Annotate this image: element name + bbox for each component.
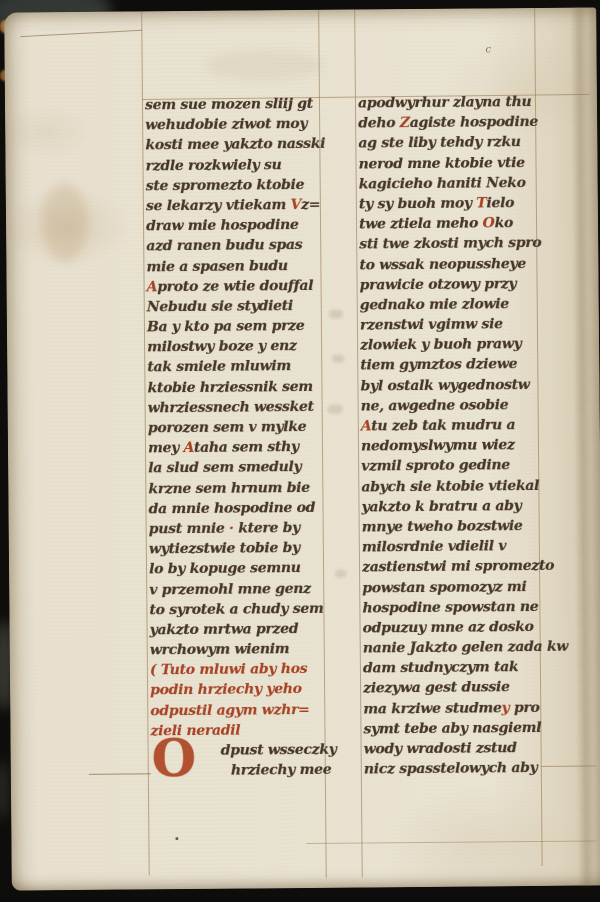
manuscript-text-line: prawicie otzowy przy [359,274,535,296]
ink-text-segment: ielo [486,195,514,211]
ink-text-segment: ko [494,215,513,231]
ink-text-segment: la slud sem smeduly [148,459,301,476]
rubric-text-segment: O [483,215,495,231]
ink-text-segment: yakzto mrtwa przed [150,621,299,638]
ink-text-segment: ste spromezto ktobie [146,177,305,194]
ink-text-segment: kagicieho haniti Neko [359,175,526,192]
manuscript-text-line: yakzto k bratru a aby [361,496,537,518]
ink-text-segment: agiste hospodine [410,114,538,131]
ink-text-segment: prawicie otzowy przy [360,276,517,293]
manuscript-text-line: milosrdnie vdielil v [362,536,538,558]
ink-text-segment: byl ostalk wygednostw [360,377,529,394]
rubricated-initial: O [151,734,196,784]
manuscript-text-line: deho Zagiste hospodine [358,112,534,134]
ink-text-segment: gednako mie zlowie [360,296,509,313]
ink-text-segment: ziezywa gest dussie [363,680,510,697]
manuscript-text-line: v przemohl mne genz [149,578,325,600]
ink-text-segment: hospodine spowstan ne [362,599,538,617]
ink-text-segment: milosrdnie vdielil v [362,538,506,555]
ink-text-segment: tak smiele mluwim [147,359,291,376]
bleed-through-mark [328,405,343,414]
manuscript-text-line: zastienstwi mi spromezto [362,556,538,578]
manuscript-text-line: wody wradosti zstud [364,738,540,760]
ink-text-segment: yakzto k bratru a aby [361,498,521,515]
manuscript-text-line: sti twe zkosti mych spro [359,233,535,255]
ink-text-segment: mie a spasen budu [146,258,287,275]
manuscript-text-line: nanie Jakzto gelen zada kw [363,637,539,659]
ink-text-segment: tu zeb tak mudru a [371,417,515,434]
rubric-text-segment: A [147,279,158,295]
ink-text-segment: mnye tweho bozstwie [362,518,523,535]
manuscript-text-line: wehudobie ziwot moy [145,114,321,136]
ink-text-segment: krzne sem hrnum bie [148,480,310,497]
manuscript-text-line: zlowiek y buoh prawy [360,334,536,356]
manuscript-text-line: ty sy buoh moy Tielo [359,193,535,215]
rubric-text-segment: Z [400,115,410,131]
manuscript-text-line: to wssak neopussheye [359,253,535,275]
ink-text-segment: draw mie hospodine [146,217,299,234]
ink-text-segment: rzdle rozkwiely su [145,157,281,174]
ink-text-segment: abych sie ktobie vtiekal [361,478,539,496]
manuscript-text-line: dam studnyczym tak [363,657,539,679]
manuscript-text-line: milostwy boze y enz [147,336,323,358]
manuscript-text-line: azd ranen budu spas [146,235,322,257]
manuscript-text-line: apodwyrhur zlayna thu [358,92,534,114]
manuscript-text-line: tak smiele mluwim [147,356,323,378]
ink-text-segment: ne, awgedne osobie [361,397,509,414]
manuscript-text-line: Aproto ze wtie douffal [146,276,322,298]
bleed-through-mark [332,355,344,363]
ink-text-segment: zastienstwi mi spromezto [362,558,554,576]
ink-text-segment: Nebudu sie stydieti [147,298,293,315]
manuscript-text-line: mey Ataha sem sthy [148,437,324,459]
manuscript-text-line: vzmil sproto gedine [361,455,537,477]
ink-dot [175,837,178,840]
ink-text-segment: apodwyrhur zlayna thu [358,94,531,112]
manuscript-text-line: mie a spasen budu [146,255,322,277]
manuscript-text-line: nicz spasstelowych aby [364,758,540,780]
ink-text-segment: vzmil sproto gedine [361,458,510,475]
ink-text-segment: ktere by [233,520,299,537]
manuscript-text-line: nerod mne ktobie vtie [358,153,534,175]
manuscript-text-line: Ba y kto pa sem prze [147,316,323,338]
rubric-text-segment: odpustil agym wzhr= [150,702,309,719]
manuscript-text-line: gednako mie zlowie [360,294,536,316]
manuscript-text-line: kagicieho haniti Neko [359,173,535,195]
manuscript-text-line: rzdle rozkwiely su [145,154,321,176]
manuscript-text-line: yakzto mrtwa przed [149,619,325,641]
rubric-text-segment: T [476,195,486,211]
manuscript-text-line: lo by kopuge semnu [149,558,325,580]
manuscript-text-line: podin hrziechy yeho [150,679,326,701]
ink-text-segment: porozen sem v mylke [148,419,307,436]
ink-text-segment: hrziechy mee [231,762,332,779]
manuscript-text-line: se lekarzy vtiekam Vz= [146,195,322,217]
ink-text-segment: lo by kopuge semnu [149,560,301,577]
ink-text-segment: powstan spomozyz mi [362,579,526,596]
manuscript-text-line: odpuzuy mne az dosko [362,617,538,639]
manuscript-text-line: rzenstwi vgimw sie [360,314,536,336]
ink-text-segment: sti twe zkosti mych spro [359,235,541,253]
ink-text-segment: wody wradosti zstud [364,740,517,757]
manuscript-text-line: Nebudu sie stydieti [147,296,323,318]
manuscript-text-line: ne, awgedne osobie [361,395,537,417]
manuscript-text-line: sem sue mozen sliij gt [145,94,321,116]
ink-text-segment: milostwy boze y enz [147,338,297,355]
rubric-text-segment: podin hrziechy yeho [150,681,302,698]
manuscript-text-line: ktobie hrziessnik sem [147,376,323,398]
ink-text-segment: pro [509,700,539,716]
manuscript-text-line: krzne sem hrnum bie [148,477,324,499]
manuscript-text-line: draw mie hospodine [146,215,322,237]
ink-text-segment: nedomyslwymu wiez [361,437,515,454]
ink-text-segment: rzenstwi vgimw sie [360,316,503,333]
rubric-text-segment: y [501,700,509,716]
manuscript-text-line: powstan spomozyz mi [362,576,538,598]
manuscript-text-line: ziezywa gest dussie [363,677,539,699]
manuscript-text-line: twe ztiela meho Oko [359,213,535,235]
ink-text-segment: twe ztiela meho [359,216,483,233]
rubric-text-segment: ( Tuto mluwi aby hos [150,661,307,678]
ink-text-segment: wehudobie ziwot moy [145,116,307,133]
rubric-text-segment: A [183,440,193,456]
ink-text-segment: z= [301,197,320,213]
manuscript-text-line: nedomyslwymu wiez [361,435,537,457]
text-column-right: apodwyrhur zlayna thudeho Zagiste hospod… [358,92,540,780]
ink-text-segment: ma krziwe studme [363,700,501,717]
ink-text-segment: da mnie hospodine od [148,500,315,517]
ink-text-segment: ktobie hrziessnik sem [147,379,312,396]
ink-text-segment: whrziessnech wessket [148,399,314,416]
ink-text-segment: zlowiek y buoh prawy [360,336,521,353]
manuscript-text-line: mnye tweho bozstwie [362,516,538,538]
backdrop-smudge [0,760,9,820]
manuscript-page: sem sue mozen sliij gtwehudobie ziwot mo… [4,7,600,890]
ink-text-segment: nerod mne ktobie vtie [358,155,524,172]
manuscript-text-line: porozen sem v mylke [148,417,324,439]
bleed-through-mark [335,570,346,578]
manuscript-text-line: Atu zeb tak mudru a [361,415,537,437]
manuscript-text-line: abych sie ktobie vtiekal [361,476,537,498]
ink-text-segment: ty sy buoh moy [359,195,477,212]
rubric-text-segment: V [290,197,301,213]
manuscript-text-line: whrziessnech wessket [148,397,324,419]
ink-text-segment: wrchowym wienim [150,641,290,658]
manuscript-text-line: da mnie hospodine od [148,498,324,520]
ink-text-segment: dpust wsseczky [221,742,337,759]
rubric-text-segment: A [361,418,371,434]
manuscript-text-line: ( Tuto mluwi aby hos [150,659,326,681]
manuscript-text-line: byl ostalk wygednostw [360,375,536,397]
manuscript-text-line: wytiezstwie tobie by [149,538,325,560]
ink-text-segment: v przemohl mne genz [149,580,311,597]
ink-text-segment: Ba y kto pa sem prze [147,318,305,335]
ink-text-segment: taha sem sthy [194,439,299,456]
manuscript-text-line: symt tebe aby nasgieml [363,718,539,740]
manuscript-text-line: kosti mee yakzto nasski [145,134,321,156]
ink-text-segment: deho [358,115,400,131]
ink-text-segment: odpuzuy mne az dosko [362,619,533,636]
manuscript-text-line: to syrotek a chudy sem [149,599,325,621]
manuscript-text-line: tiem gymztos dziewe [360,354,536,376]
manuscript-text-line: wrchowym wienim [150,639,326,661]
ink-text-segment: to wssak neopussheye [359,256,526,273]
ink-text-segment: dam studnyczym tak [363,659,518,676]
ink-text-segment: symt tebe aby nasgieml [363,720,541,738]
ink-text-segment: to syrotek a chudy sem [149,601,323,619]
manuscript-text-line: hospodine spowstan ne [362,597,538,619]
parchment-stain [42,182,89,262]
manuscript-text-line: odpustil agym wzhr= [150,699,326,721]
scan-photo: { "colors": { "scan_background": "#0e0d0… [0,0,600,902]
ink-text-segment: proto ze wtie douffal [157,278,313,295]
manuscript-text-line: ag ste liby tehdy rzku [358,132,534,154]
bleed-through-mark [329,310,343,319]
margin-pen-mark: c [485,44,491,55]
ink-text-segment: pust mnie [149,521,229,538]
ink-text-segment: nicz spasstelowych aby [364,760,538,778]
manuscript-text-line: la slud sem smeduly [148,457,324,479]
text-column-left: sem sue mozen sliij gtwehudobie ziwot mo… [145,94,327,782]
manuscript-text-line: pust mnie · ktere by [149,518,325,540]
ink-text-segment: azd ranen budu spas [146,237,302,254]
ink-text-segment: nanie Jakzto gelen zada kw [363,639,568,657]
ink-text-segment: sem sue mozen sliij gt [145,96,313,113]
ink-text-segment: kosti mee yakzto nasski [145,136,325,154]
ink-text-segment: se lekarzy vtiekam [146,197,291,214]
ink-text-segment: tiem gymztos dziewe [360,357,517,374]
manuscript-text-line: ste spromezto ktobie [146,175,322,197]
ink-text-segment: wytiezstwie tobie by [149,540,300,557]
manuscript-text-line: ma krziwe studmey pro [363,698,539,720]
ink-text-segment: ag ste liby tehdy rzku [358,134,520,151]
ink-text-segment: mey [148,440,184,456]
